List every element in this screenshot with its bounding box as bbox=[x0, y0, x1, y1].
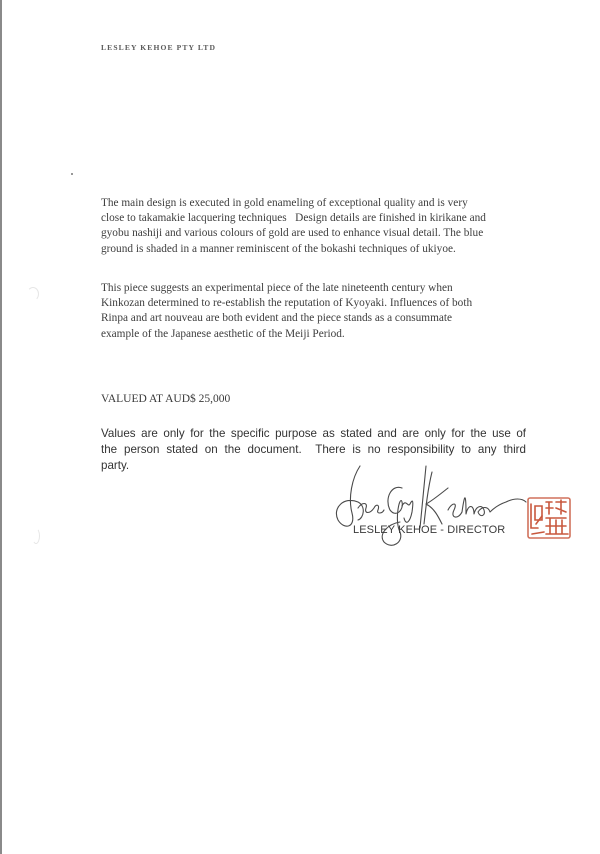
signatory-label: LESLEY KEHOE - DIRECTOR bbox=[353, 524, 505, 536]
valuation-statement: VALUED AT AUD$ 25,000 bbox=[101, 393, 230, 405]
text-line: Values are only for the specific purpose… bbox=[101, 426, 526, 442]
text-line: Rinpa and art nouveau are both evident a… bbox=[101, 311, 541, 326]
text-line: example of the Japanese aesthetic of the… bbox=[101, 327, 541, 342]
text-line: gyobu nashiji and various colours of gol… bbox=[101, 226, 541, 241]
letterhead: LESLEY KEHOE PTY LTD bbox=[101, 43, 216, 52]
handwritten-signature-icon bbox=[330, 458, 540, 558]
text-line: Kinkozan determined to re-establish the … bbox=[101, 296, 541, 311]
text-line: the person stated on the document. There… bbox=[101, 442, 526, 458]
scan-artifact bbox=[27, 287, 39, 301]
description-paragraph-1: The main design is executed in gold enam… bbox=[101, 196, 541, 257]
page-left-edge bbox=[0, 0, 2, 854]
description-paragraph-2: This piece suggests an experimental piec… bbox=[101, 281, 541, 342]
text-line: This piece suggests an experimental piec… bbox=[101, 281, 541, 296]
scan-speck bbox=[71, 173, 73, 175]
text-line: ground is shaded in a manner reminiscent… bbox=[101, 242, 541, 257]
red-seal-stamp-icon bbox=[526, 496, 572, 540]
scan-artifact bbox=[32, 528, 40, 544]
text-line: close to takamakie lacquering techniques… bbox=[101, 211, 541, 226]
text-line: The main design is executed in gold enam… bbox=[101, 196, 541, 211]
